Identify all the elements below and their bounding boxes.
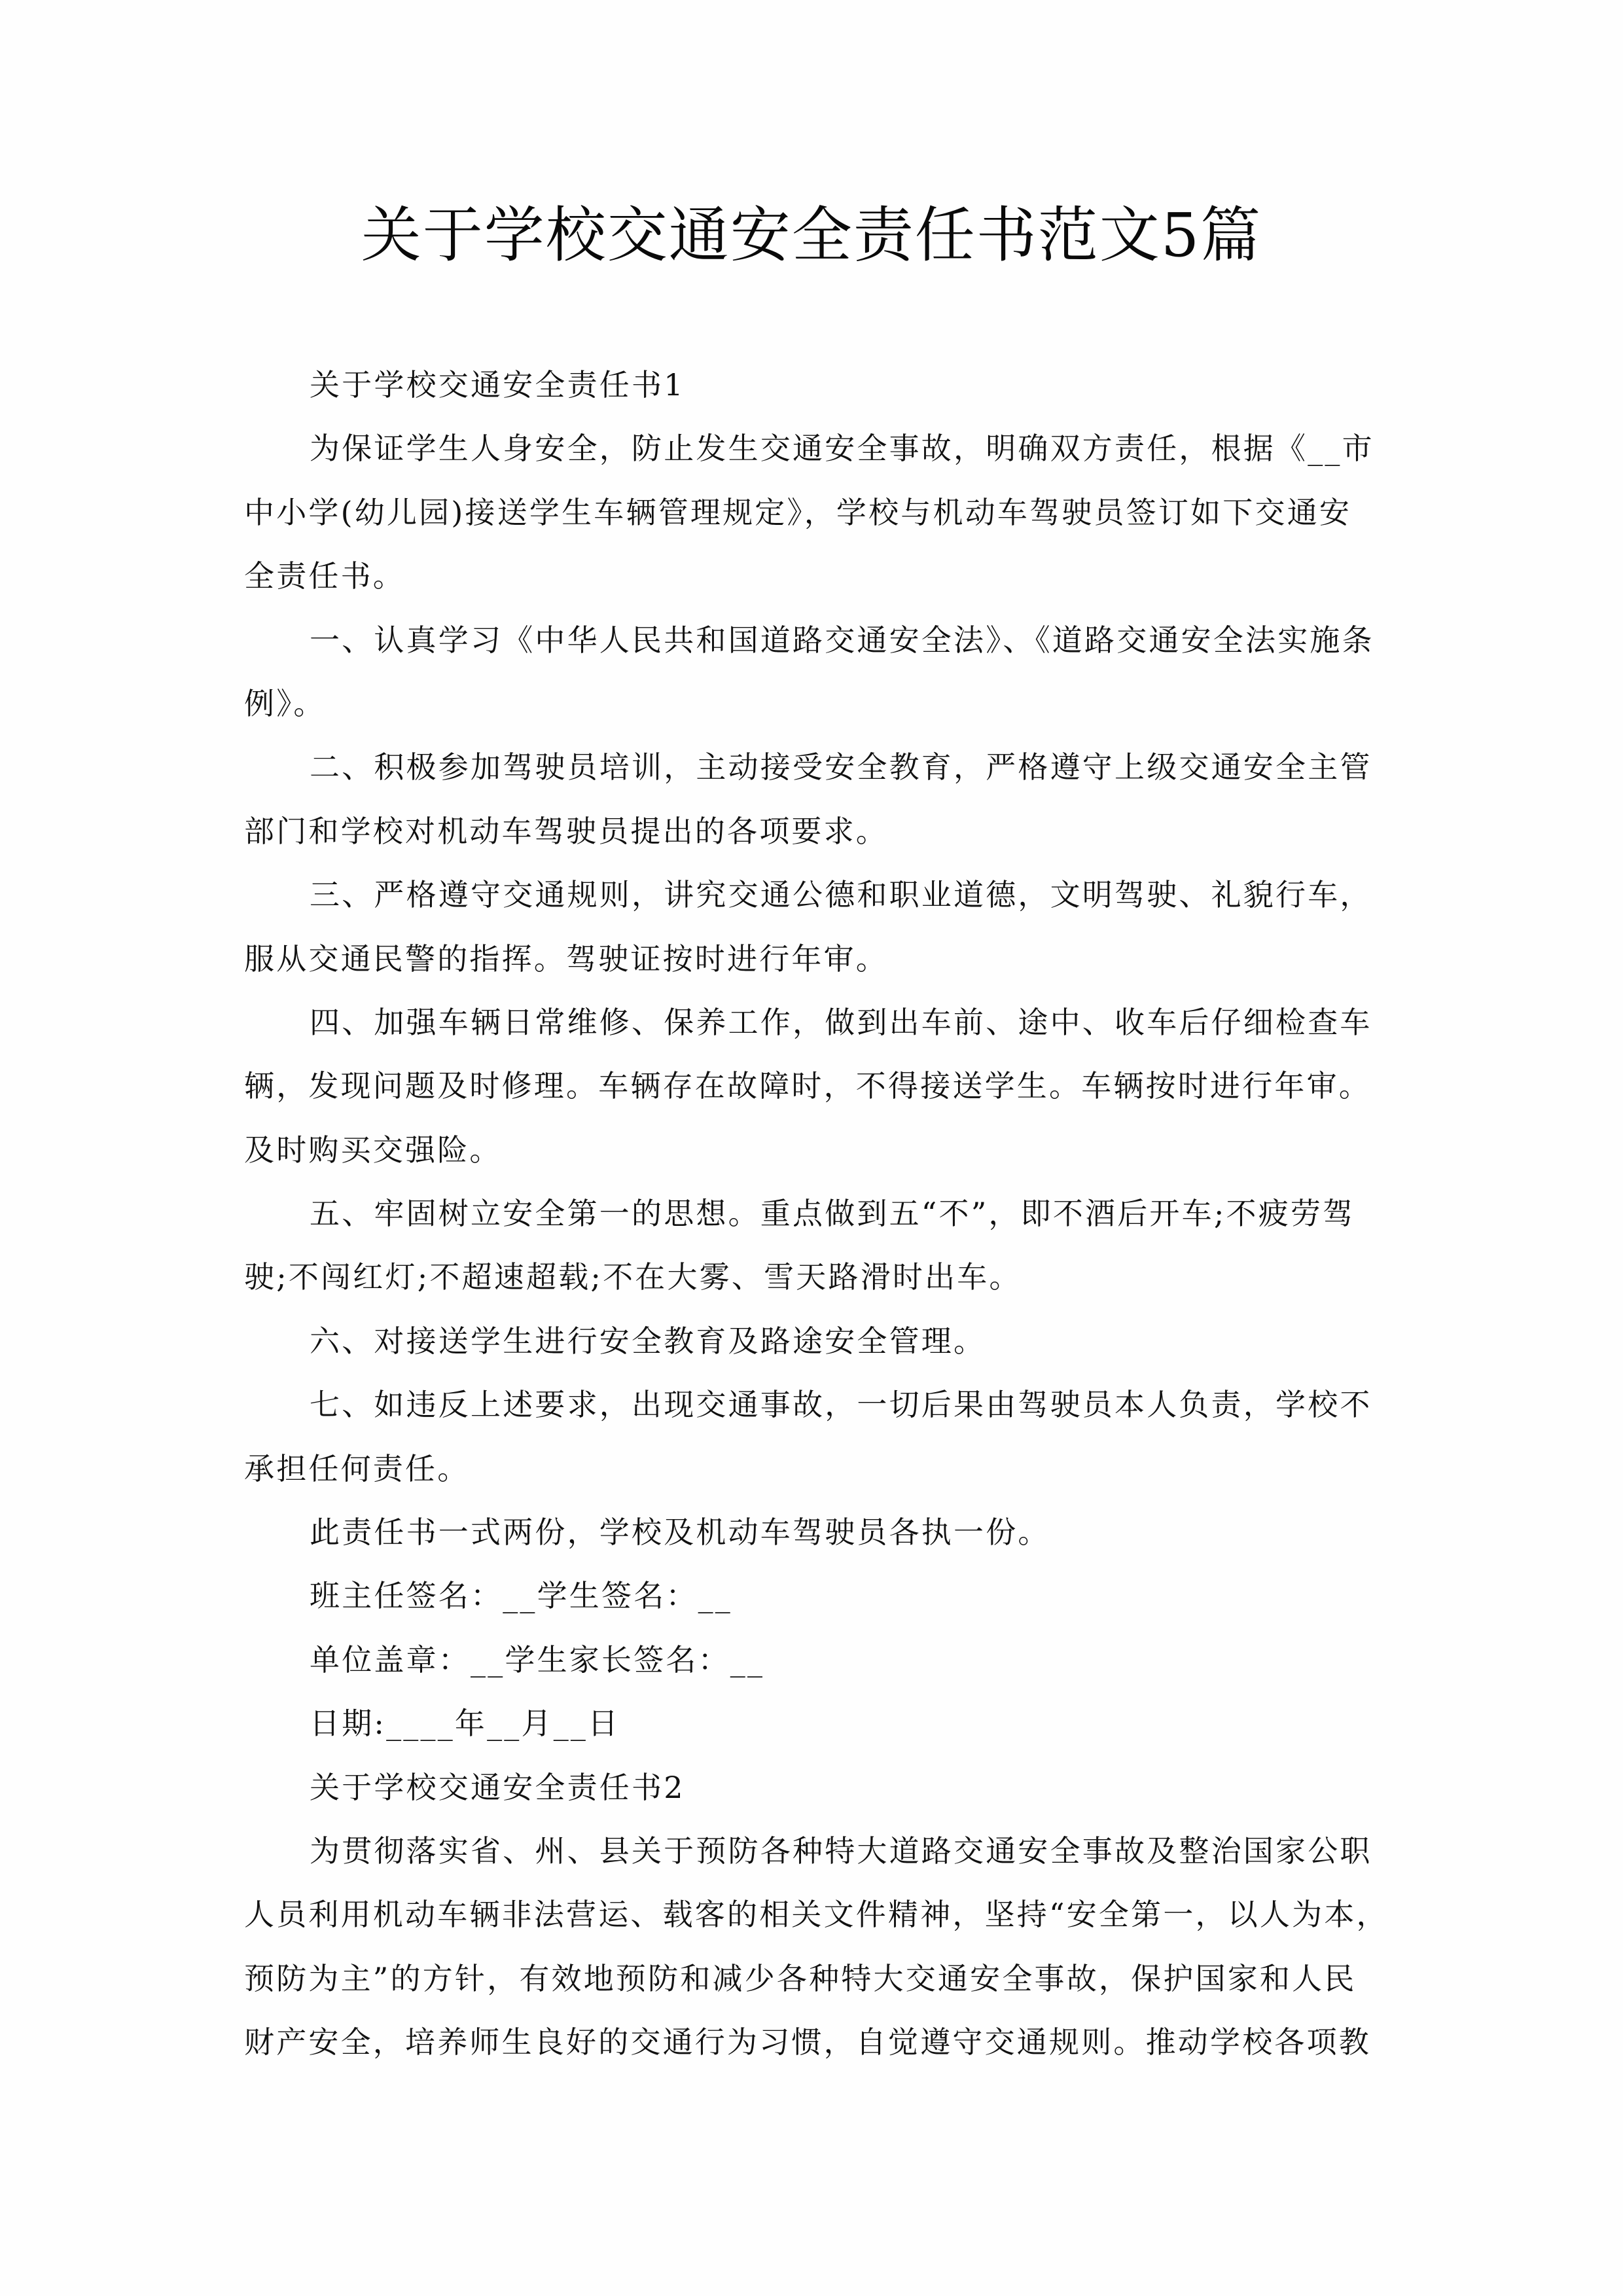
intro-paragraph-line: 全责任书。 [244,545,1383,608]
section-2-paragraph-line: 财产安全，培养师生良好的交通行为习惯，自觉遵守交通规则。推动学校各项教 [244,2011,1383,2074]
clause-3-line: 三、严格遵守交通规则，讲究交通公德和职业道德，文明驾驶、礼貌行车， [244,863,1383,927]
clause-7-line: 承担任何责任。 [244,1437,1383,1501]
signature-seal-parent: 单位盖章：__学生家长签名：__ [244,1628,1383,1692]
clause-1-line: 一、认真学习《中华人民共和国道路交通安全法》、《道路交通安全法实施条 [244,609,1383,672]
section-heading-1: 关于学校交通安全责任书1 [244,353,1383,417]
section-2-paragraph-line: 为贯彻落实省、州、县关于预防各种特大道路交通安全事故及整治国家公职 [244,1820,1383,1883]
document-page: 关于学校交通安全责任书范文5篇 关于学校交通安全责任书1 为保证学生人身安全，防… [0,0,1623,2296]
clause-7-line: 七、如违反上述要求，出现交通事故，一切后果由驾驶员本人负责，学校不 [244,1373,1383,1437]
clause-4-line: 辆，发现问题及时修理。车辆存在故障时，不得接送学生。车辆按时进行年审。 [244,1054,1383,1118]
intro-paragraph-line: 中小学(幼儿园)接送学生车辆管理规定》，学校与机动车驾驶员签订如下交通安 [244,481,1383,545]
clause-2-line: 二、积极参加驾驶员培训，主动接受安全教育，严格遵守上级交通安全主管 [244,736,1383,799]
section-2-paragraph-line: 人员利用机动车辆非法营运、载客的相关文件精神，坚持“安全第一，以人为本， [244,1883,1383,1946]
intro-paragraph-line: 为保证学生人身安全，防止发生交通安全事故，明确双方责任，根据《__市 [244,417,1383,480]
signature-teacher-student: 班主任签名：__学生签名：__ [244,1564,1383,1628]
section-2-paragraph-line: 预防为主”的方针，有效地预防和减少各种特大交通安全事故，保护国家和人民 [244,1947,1383,2011]
clause-4-line: 及时购买交强险。 [244,1119,1383,1182]
clause-2-line: 部门和学校对机动车驾驶员提出的各项要求。 [244,800,1383,863]
clause-6-line: 六、对接送学生进行安全教育及路途安全管理。 [244,1310,1383,1373]
clause-5-line: 五、牢固树立安全第一的思想。重点做到五“不”，即不酒后开车;不疲劳驾 [244,1182,1383,1246]
clause-3-line: 服从交通民警的指挥。驾驶证按时进行年审。 [244,927,1383,991]
signature-date: 日期:____年__月__日 [244,1692,1383,1755]
section-heading-2: 关于学校交通安全责任书2 [244,1756,1383,1820]
copies-note: 此责任书一式两份，学校及机动车驾驶员各执一份。 [244,1501,1383,1564]
clause-4-line: 四、加强车辆日常维修、保养工作，做到出车前、途中、收车后仔细检查车 [244,991,1383,1054]
clause-5-line: 驶;不闯红灯;不超速超载;不在大雾、雪天路滑时出车。 [244,1246,1383,1309]
clause-1-line: 例》。 [244,672,1383,736]
document-title: 关于学校交通安全责任书范文5篇 [0,196,1623,275]
document-body: 关于学校交通安全责任书1 为保证学生人身安全，防止发生交通安全事故，明确双方责任… [244,353,1383,2075]
